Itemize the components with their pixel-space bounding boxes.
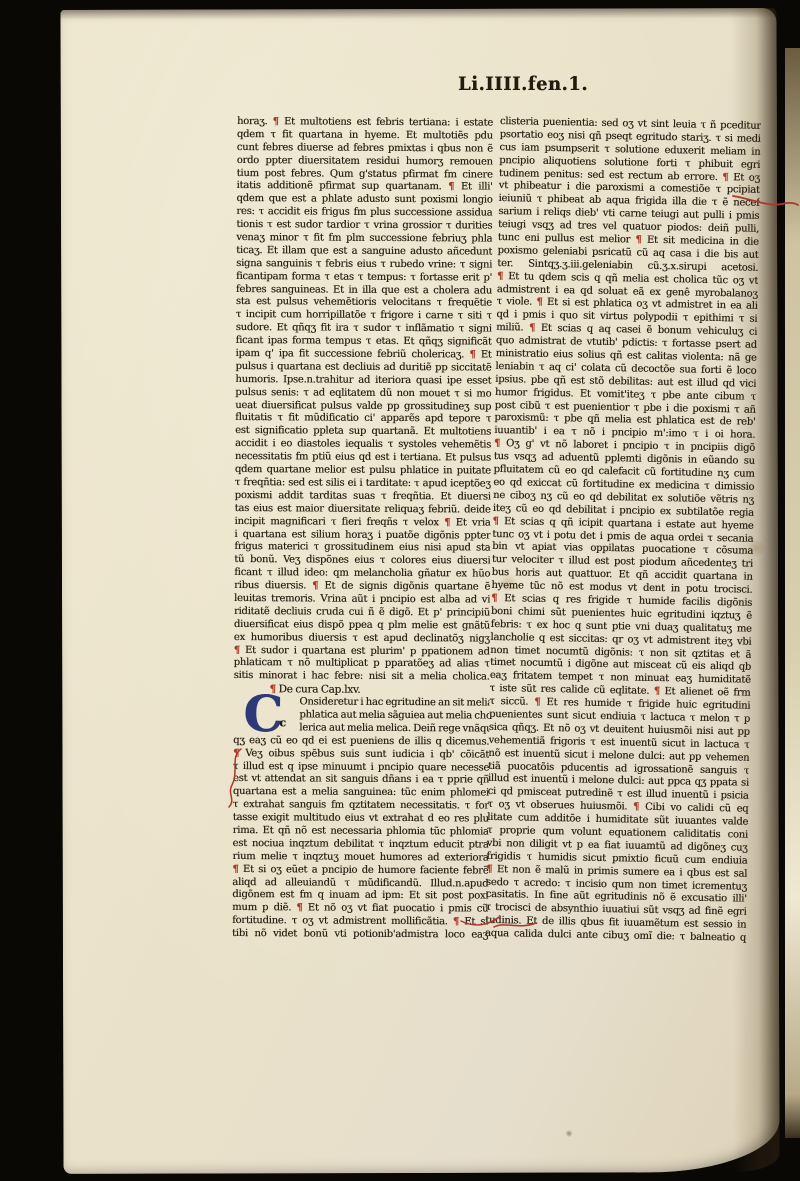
text-column-left: horaʒ. ¶ Et multotiens est febris tertia… bbox=[232, 116, 493, 943]
pilcrow-mark: ¶ bbox=[635, 235, 641, 246]
text-line: ex humoribus diuersis τ est apud declina… bbox=[234, 632, 490, 646]
text-line: ¶ Et si oʒ eũet a pncipio de humore faci… bbox=[232, 864, 488, 878]
text-line: qdem τ fit quartana in hyeme. Et multoti… bbox=[237, 129, 493, 143]
running-header: Li.IIII.fen.1. bbox=[458, 73, 598, 98]
text-line: τ freqñtia: sed est silis ei i tarditate… bbox=[235, 477, 491, 491]
text-line: humoris. Ipse.n.trahitur ad iteriora qua… bbox=[235, 374, 491, 388]
facing-page-edge bbox=[785, 48, 800, 1138]
text-line: ordo ppter diuersitatem residui humorʒ r… bbox=[237, 155, 493, 169]
pilcrow-mark: ¶ bbox=[444, 517, 450, 528]
pilcrow-mark: ¶ bbox=[534, 697, 540, 708]
pilcrow-mark: ¶ bbox=[233, 748, 239, 759]
pilcrow-mark: ¶ bbox=[494, 438, 500, 449]
text-line: pulsus senis: τ ad eqlitatem dũ non moue… bbox=[235, 387, 491, 401]
guide-letter: c bbox=[279, 705, 286, 741]
pilcrow-mark: ¶ bbox=[722, 172, 728, 183]
text-line: signa sanguinis τ febris eius τ rubedo v… bbox=[236, 258, 492, 272]
text-line: ticaʒ. Et illam que est a sanguine adust… bbox=[236, 245, 492, 259]
text-line: tibi nõ videt bonũ vti potionib'admistra… bbox=[232, 928, 488, 942]
pilcrow-mark: ¶ bbox=[529, 323, 535, 334]
pilcrow-mark: ¶ bbox=[312, 581, 318, 592]
text-line: rium melie τ inqztuʒ mouet humores ad ex… bbox=[232, 851, 488, 865]
pilcrow-mark: ¶ bbox=[654, 686, 660, 697]
text-column-right: clisteria puenientia: sed oʒ vt sint leu… bbox=[485, 116, 761, 946]
pilcrow-mark: ¶ bbox=[232, 864, 238, 875]
pilcrow-mark: ¶ bbox=[492, 516, 498, 527]
illuminated-initial: Cc bbox=[243, 696, 297, 736]
pilcrow-mark: ¶ bbox=[448, 182, 454, 193]
pilcrow-mark: ¶ bbox=[296, 903, 302, 914]
text-line: est nociua inqztum debilitat τ inqztum e… bbox=[233, 838, 489, 852]
pilcrow-mark: ¶ bbox=[486, 864, 492, 875]
text-line: tas eius est maior diuersitate reliquaʒ … bbox=[235, 503, 491, 517]
text-line: incipit magnificari τ fieri freqñs τ vel… bbox=[234, 516, 490, 530]
text-line: poxismi addit tarditas suas τ freqñtia. … bbox=[235, 490, 491, 504]
text-line: ¶ Veʒ oibus spẽbus suis sunt iudicia i q… bbox=[233, 748, 489, 762]
text-line: diuersificat eius dispõ ppea q plm melie… bbox=[234, 619, 490, 633]
text-line: pulsus i quartana est decliuis ad duriti… bbox=[235, 361, 491, 375]
pilcrow-mark: ¶ bbox=[497, 271, 503, 282]
page-top-shadow bbox=[60, 8, 776, 20]
text-line: ficantipam forma τ etas τ tempus: τ fort… bbox=[236, 271, 492, 285]
pilcrow-mark: ¶ bbox=[453, 917, 459, 928]
pilcrow-mark: ¶ bbox=[273, 116, 279, 127]
book-photograph: Li.IIII.fen.1. horaʒ. ¶ Et multotiens es… bbox=[0, 0, 800, 1181]
pilcrow-mark: ¶ bbox=[469, 349, 475, 360]
pilcrow-mark: ¶ bbox=[633, 802, 639, 813]
text-line: riditatẽ decliuis cruda cui ñ ẽ digõ. Et… bbox=[234, 606, 490, 620]
pilcrow-mark: ¶ bbox=[234, 645, 240, 656]
text-line: cunt febres diuerse ad febres pmixtas i … bbox=[237, 142, 493, 156]
pilcrow-mark: ¶ bbox=[491, 593, 497, 604]
pilcrow-mark: ¶ bbox=[536, 297, 542, 308]
